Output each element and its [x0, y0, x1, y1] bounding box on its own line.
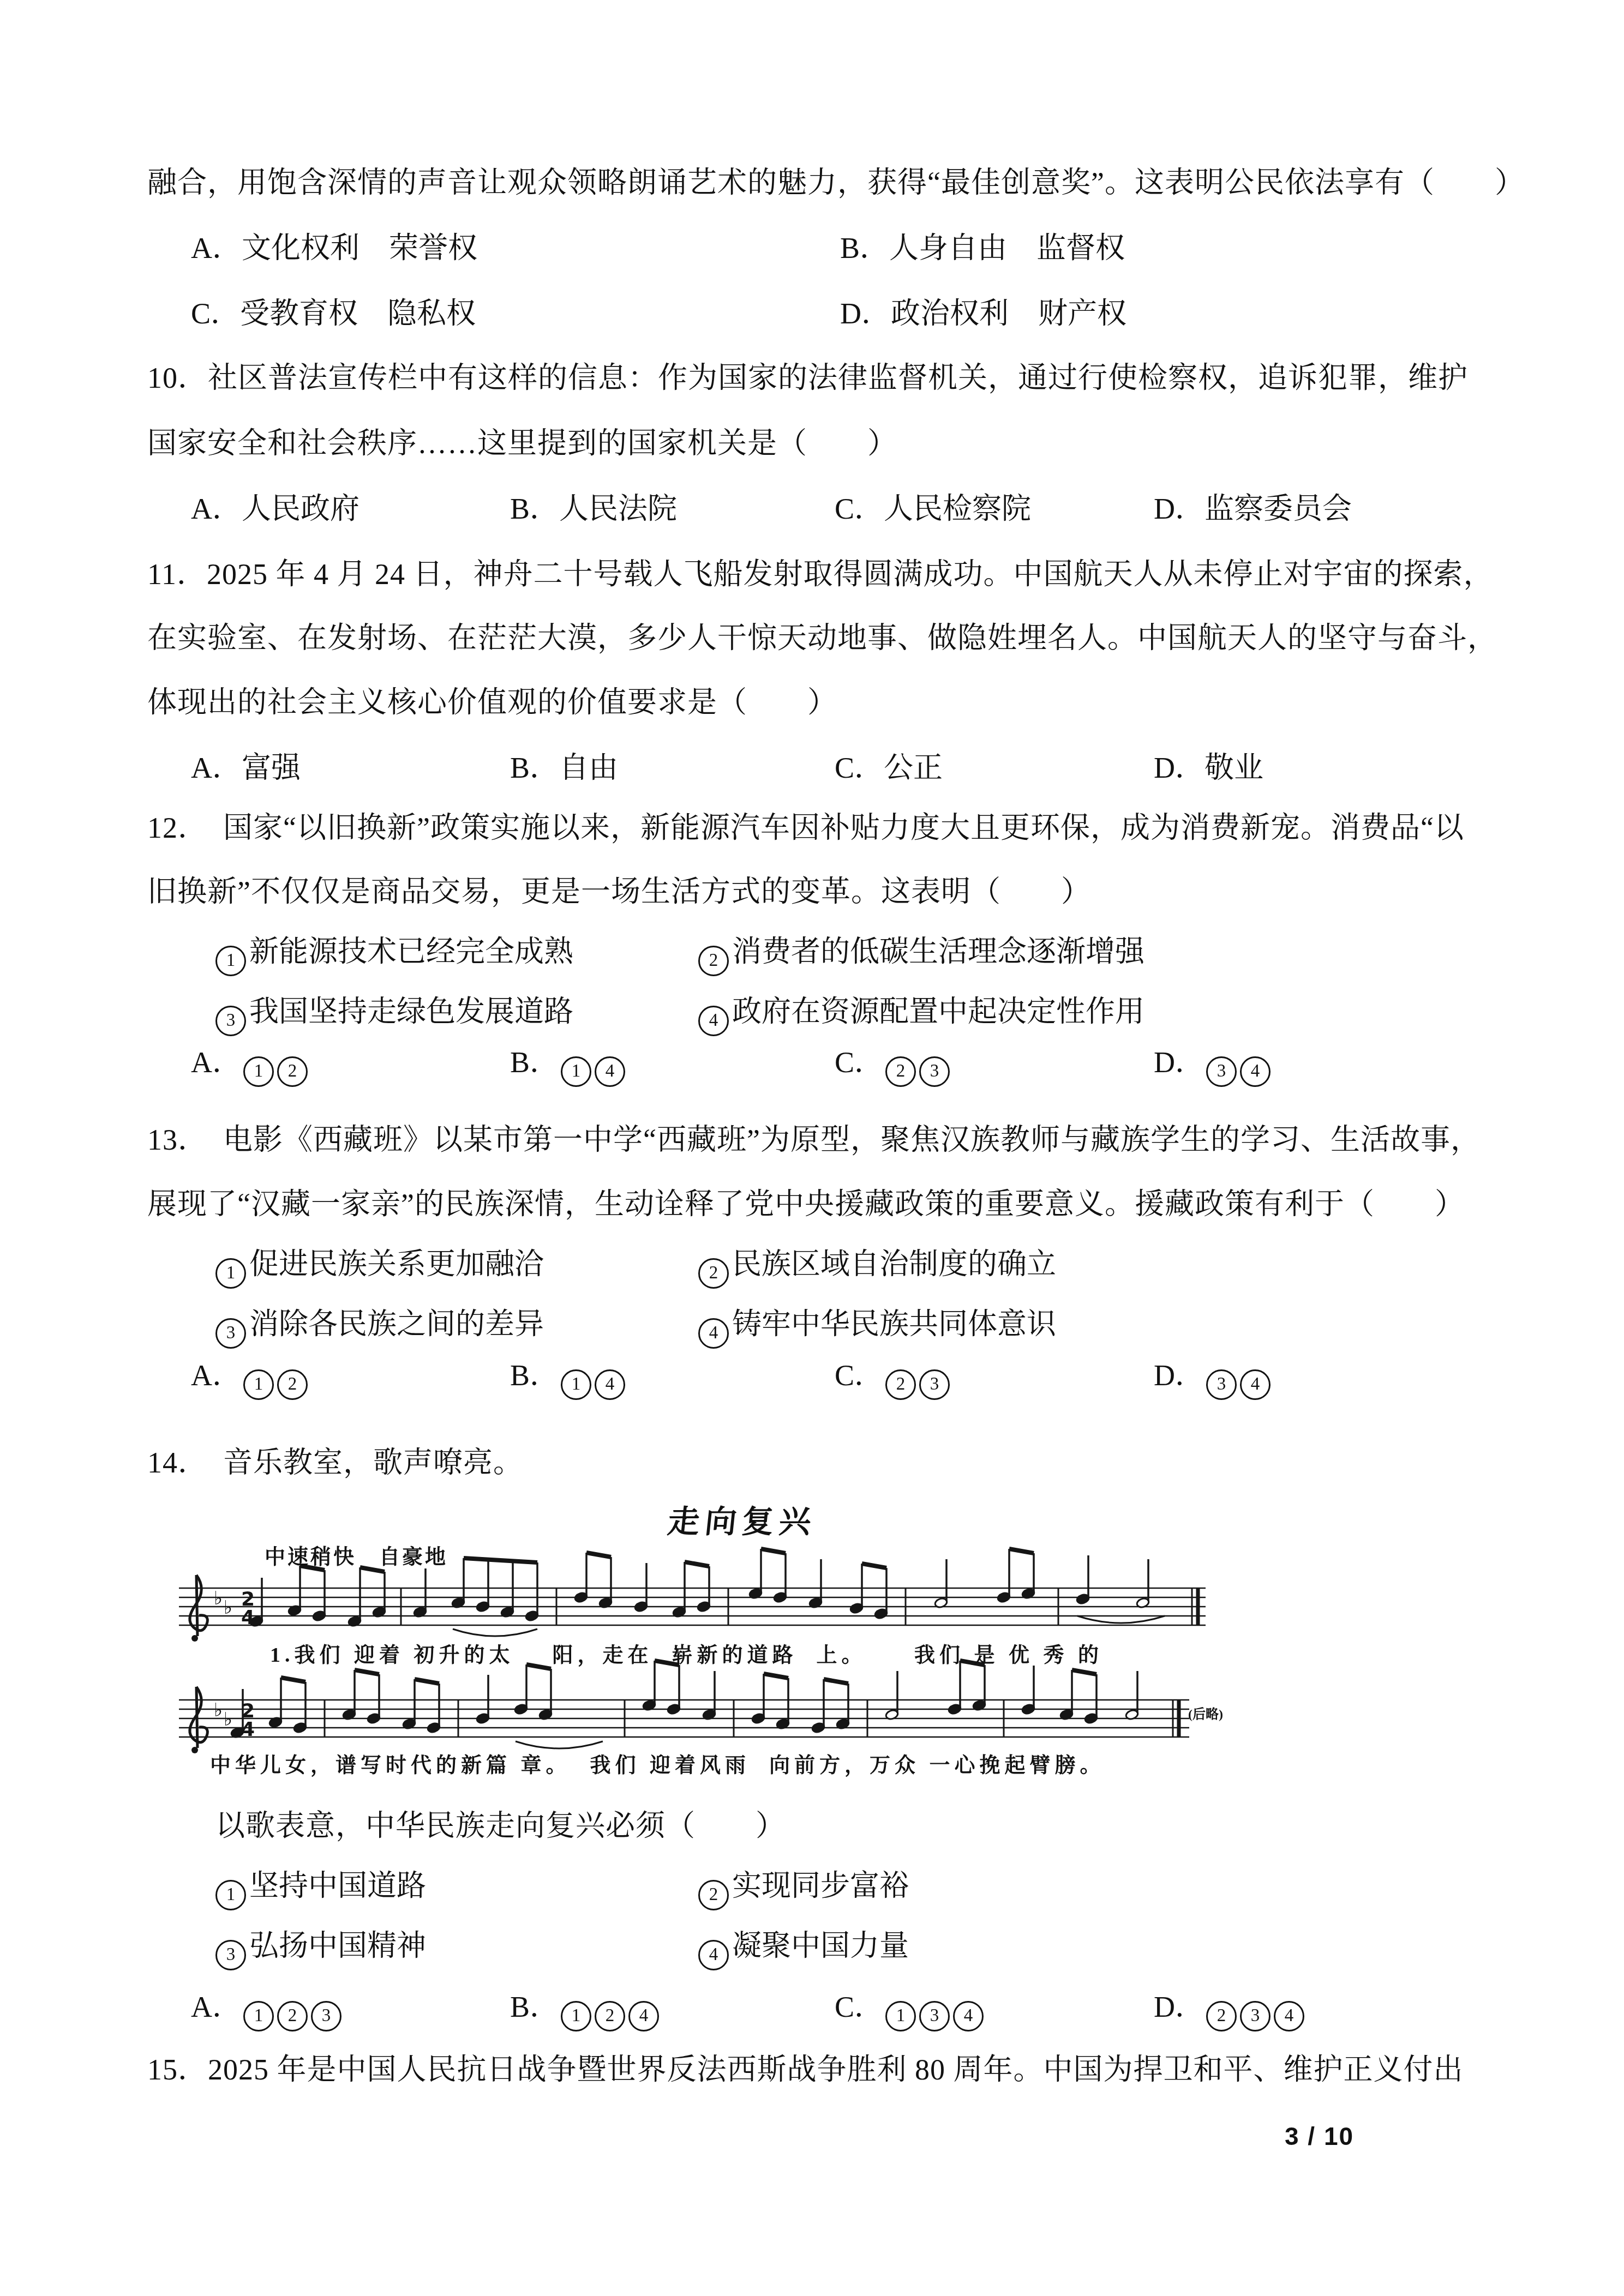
circled-1-icon: 1: [215, 1258, 246, 1289]
circled-1-icon: 1: [215, 1880, 246, 1910]
exam-content: 融合，用饱含深情的声音让观众领略朗诵艺术的魅力，获得“最佳创意奖”。这表明公民依…: [147, 0, 1473, 2296]
q10-stem-line-1: 10．社区普法宣传栏中有这样的信息：作为国家的法律监督机关，通过行使检察权，追诉…: [147, 362, 1468, 394]
q11-option-c: C．公正: [835, 752, 943, 784]
circled-1-icon: 1: [561, 1369, 591, 1400]
q12-item-3-text: 我国坚持走绿色发展道路: [249, 995, 573, 1028]
q12-stem-line-2: 旧换新”不仅仅是商品交易，更是一场生活方式的变革。这表明（ ）: [147, 875, 1091, 908]
q14-item-3: 3弘扬中国精神: [215, 1930, 426, 1970]
q14-item-4-text: 凝聚中国力量: [732, 1930, 909, 1962]
q13-item-4: 4铸牢中华民族共同体意识: [698, 1308, 1056, 1349]
circled-4-icon: 4: [1274, 2001, 1304, 2031]
q13-item-1: 1促进民族关系更加融洽: [215, 1248, 544, 1289]
q14-item-2-text: 实现同步富裕: [732, 1870, 909, 1902]
q9-option-a: A．文化权利 荣誉权: [191, 232, 477, 265]
q11-stem-line-3: 体现出的社会主义核心价值观的价值要求是（ ）: [147, 686, 837, 719]
q15-stem-line-1: 15．2025 年是中国人民抗日战争暨世界反法西斯战争胜利 80 周年。中国为捍…: [147, 2053, 1464, 2086]
circled-2-icon: 2: [698, 1258, 729, 1289]
q12-items-row-1: 1新能源技术已经完全成熟 2消费者的低碳生活理念逐渐增强: [147, 935, 1473, 979]
circled-2-icon: 2: [595, 2001, 625, 2031]
q13-option-a: A．12: [191, 1359, 309, 1400]
q11-options-row: A．富强 B．自由 C．公正 D．敬业: [147, 752, 1473, 795]
q12-item-1: 1新能源技术已经完全成熟: [215, 935, 573, 976]
circled-3-icon: 3: [919, 1369, 950, 1400]
q12-item-2: 2消费者的低碳生活理念逐渐增强: [698, 935, 1144, 976]
q9-stem: 融合，用饱含深情的声音让观众领略朗诵艺术的魅力，获得“最佳创意奖”。这表明公民依…: [147, 166, 1525, 199]
circled-3-icon: 3: [215, 1318, 246, 1349]
circled-3-icon: 3: [919, 2001, 950, 2031]
q12-item-2-text: 消费者的低碳生活理念逐渐增强: [732, 935, 1144, 968]
svg-text:♭: ♭: [224, 1597, 232, 1619]
circled-1-icon: 1: [243, 2001, 274, 2031]
circled-3-icon: 3: [215, 1006, 246, 1036]
svg-text:♭: ♭: [214, 1588, 223, 1609]
circled-1-icon: 1: [243, 1369, 274, 1400]
q14-item-2: 2实现同步富裕: [698, 1870, 909, 1910]
circled-2-icon: 2: [277, 1369, 308, 1400]
circled-4-icon: 4: [628, 2001, 659, 2031]
q13-stem-line-2: 展现了“汉藏一家亲”的民族深情，生动诠释了党中央援藏政策的重要意义。援藏政策有利…: [147, 1188, 1465, 1221]
continuation-mark: (后略): [1188, 1703, 1223, 1722]
circled-2-icon: 2: [698, 946, 729, 976]
q14-options-row: A．123 B．124 C．134 D．234: [147, 1991, 1473, 2034]
circled-4-icon: 4: [698, 1318, 729, 1349]
q12-item-4: 4政府在资源配置中起决定性作用: [698, 995, 1144, 1036]
song-title: 走向复兴: [666, 1496, 867, 1542]
q13-stem-line-1: 13． 电影《西藏班》以某市第一中学“西藏班”为原型，聚焦汉族教师与藏族学生的学…: [147, 1123, 1481, 1156]
q12-option-a: A．12: [191, 1046, 309, 1087]
q10-option-b: B．人民法院: [510, 492, 677, 525]
tempo-marking: 中速稍快 自豪地: [265, 1540, 448, 1570]
q12-items-row-2: 3我国坚持走绿色发展道路 4政府在资源配置中起决定性作用: [147, 995, 1473, 1039]
circled-4-icon: 4: [698, 1940, 729, 1970]
q9-option-c: C．受教育权 隐私权: [191, 297, 476, 330]
q12-stem-line-1: 12． 国家“以旧换新”政策实施以来，新能源汽车因补贴力度大且更环保，成为消费新…: [147, 812, 1464, 844]
circled-4-icon: 4: [698, 1006, 729, 1036]
q14-option-c: C．134: [835, 1991, 985, 2031]
lyrics-line-2: 中华儿女，谱写时代的新篇 章。 我们 迎着风雨 向前方，万众 一心挽起臂膀。: [210, 1748, 1105, 1778]
q14-items-row-2: 3弘扬中国精神 4凝聚中国力量: [147, 1930, 1473, 1973]
circled-2-icon: 2: [277, 2001, 308, 2031]
circled-1-icon: 1: [885, 2001, 916, 2031]
circled-4-icon: 4: [953, 2001, 984, 2031]
q11-option-a: A．富强: [191, 752, 301, 784]
q13-item-2-text: 民族区域自治制度的确立: [732, 1248, 1056, 1281]
svg-text:♭: ♭: [214, 1699, 223, 1721]
q13-option-b: B．14: [510, 1359, 627, 1400]
q9-option-d: D．政治权利 财产权: [840, 297, 1126, 330]
circled-1-icon: 1: [561, 2001, 591, 2031]
q12-item-1-text: 新能源技术已经完全成熟: [249, 935, 573, 968]
q14-item-1-text: 坚持中国道路: [249, 1870, 426, 1902]
q12-options-row: A．12 B．14 C．23 D．34: [147, 1046, 1473, 1090]
q9-option-b: B．人身自由 监督权: [840, 232, 1125, 265]
q14-item-4: 4凝聚中国力量: [698, 1930, 909, 1970]
q11-stem-line-2: 在实验室、在发射场、在茫茫大漠，多少人干惊天动地事、做隐姓埋名人。中国航天人的坚…: [147, 622, 1497, 654]
q11-option-d: D．敬业: [1154, 752, 1263, 784]
q12-option-b: B．14: [510, 1046, 627, 1087]
q13-options-row: A．12 B．14 C．23 D．34: [147, 1359, 1473, 1403]
q10-stem-line-2: 国家安全和社会秩序……这里提到的国家机关是（ ）: [147, 427, 897, 460]
circled-2-icon: 2: [885, 1369, 916, 1400]
q13-option-c: C．23: [835, 1359, 951, 1400]
q14-option-a: A．123: [191, 1991, 343, 2031]
page-number: 3 / 10: [1285, 2121, 1354, 2151]
q12-item-4-text: 政府在资源配置中起决定性作用: [732, 995, 1144, 1028]
circled-3-icon: 3: [1206, 1056, 1237, 1087]
q13-items-row-1: 1促进民族关系更加融洽 2民族区域自治制度的确立: [147, 1248, 1473, 1291]
circled-4-icon: 4: [595, 1369, 625, 1400]
circled-1-icon: 1: [243, 1056, 274, 1087]
q14-option-d: D．234: [1154, 1991, 1306, 2031]
circled-1-icon: 1: [561, 1056, 591, 1087]
q10-option-a: A．人民政府: [191, 492, 359, 525]
q12-option-d: D．34: [1154, 1046, 1272, 1087]
circled-4-icon: 4: [595, 1056, 625, 1087]
q14-option-b: B．124: [510, 1991, 661, 2031]
svg-text:♭: ♭: [224, 1709, 232, 1730]
circled-2-icon: 2: [698, 1880, 729, 1910]
exam-page: 融合，用饱含深情的声音让观众领略朗诵艺术的魅力，获得“最佳创意奖”。这表明公民依…: [0, 0, 1624, 2296]
q10-option-c: C．人民检察院: [835, 492, 1031, 525]
circled-1-icon: 1: [215, 946, 246, 976]
circled-4-icon: 4: [1240, 1056, 1271, 1087]
q14-stem-line-2: 以歌表意，中华民族走向复兴必须（ ）: [215, 1810, 786, 1842]
q14-item-3-text: 弘扬中国精神: [249, 1930, 426, 1962]
q13-item-1-text: 促进民族关系更加融洽: [249, 1248, 544, 1281]
circled-3-icon: 3: [311, 2001, 341, 2031]
circled-2-icon: 2: [277, 1056, 308, 1087]
q10-options-row: A．人民政府 B．人民法院 C．人民检察院 D．监察委员会: [147, 492, 1473, 536]
q13-option-d: D．34: [1154, 1359, 1272, 1400]
q9-options-row-1: A．文化权利 荣誉权 B．人身自由 监督权: [147, 232, 1473, 275]
q14-item-1: 1坚持中国道路: [215, 1870, 426, 1910]
q11-stem-line-1: 11．2025 年 4 月 24 日，神舟二十号载人飞船发射取得圆满成功。中国航…: [147, 558, 1494, 591]
q10-option-d: D．监察委员会: [1154, 492, 1352, 525]
circled-2-icon: 2: [885, 1056, 916, 1087]
lyrics-line-1: 1.我们 迎着 初升的太 阳，走在 崭新的道路 上。 我们 是 优 秀 的: [270, 1638, 1103, 1668]
q14-items-row-1: 1坚持中国道路 2实现同步富裕: [147, 1870, 1473, 1913]
circled-3-icon: 3: [919, 1056, 950, 1087]
circled-3-icon: 3: [215, 1940, 246, 1970]
circled-3-icon: 3: [1206, 1369, 1237, 1400]
q9-options-row-2: C．受教育权 隐私权 D．政治权利 财产权: [147, 297, 1473, 341]
q11-option-b: B．自由: [510, 752, 618, 784]
circled-2-icon: 2: [1206, 2001, 1237, 2031]
circled-3-icon: 3: [1240, 2001, 1271, 2031]
q13-items-row-2: 3消除各民族之间的差异 4铸牢中华民族共同体意识: [147, 1308, 1473, 1351]
q14-stem-line-1: 14． 音乐教室，歌声嘹亮。: [147, 1446, 523, 1479]
q13-item-2: 2民族区域自治制度的确立: [698, 1248, 1056, 1289]
q13-item-4-text: 铸牢中华民族共同体意识: [732, 1308, 1056, 1341]
q12-option-c: C．23: [835, 1046, 951, 1087]
q13-item-3-text: 消除各民族之间的差异: [249, 1308, 544, 1341]
sheet-music-image: ♭♭24♭♭24 走向复兴 中速稍快 自豪地 1.我们 迎着 初升的太 阳，走在…: [155, 1492, 1227, 1805]
circled-4-icon: 4: [1240, 1369, 1271, 1400]
q12-item-3: 3我国坚持走绿色发展道路: [215, 995, 573, 1036]
q13-item-3: 3消除各民族之间的差异: [215, 1308, 544, 1349]
